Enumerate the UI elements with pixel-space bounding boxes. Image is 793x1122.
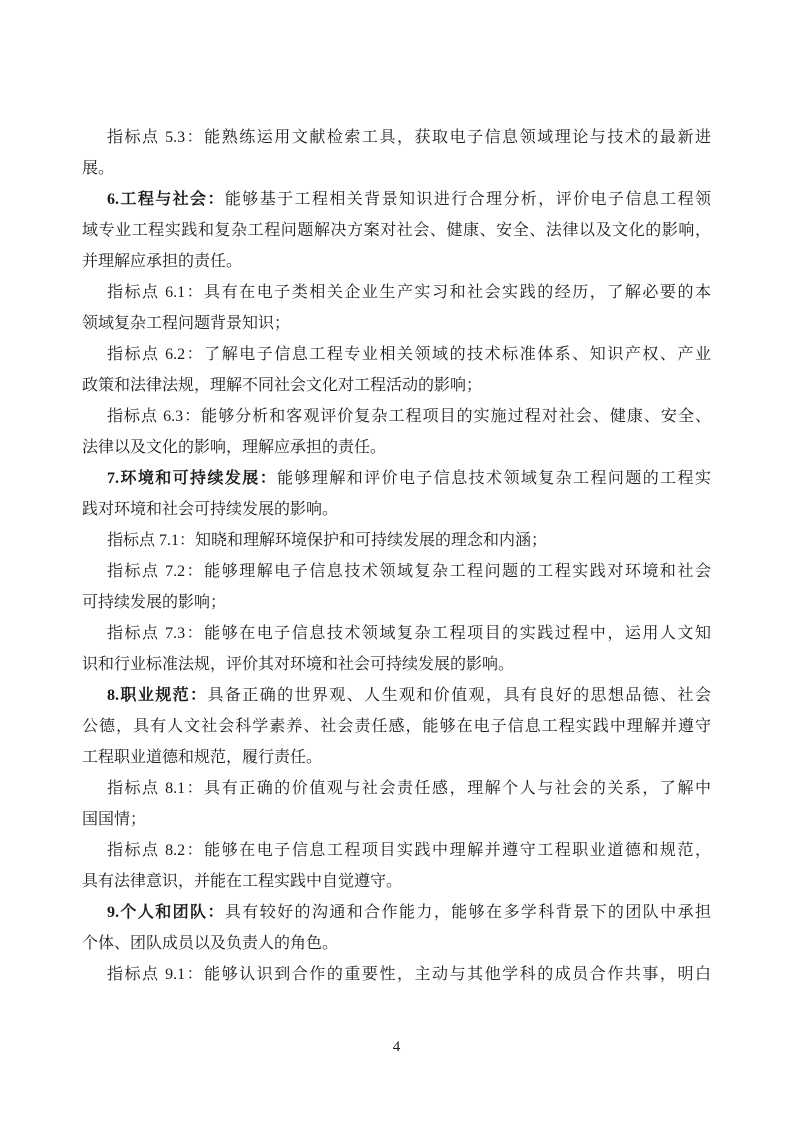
text-line: 政策和法律法规，理解不同社会文化对工程活动的影响； bbox=[82, 370, 711, 401]
text-run: 能够基于工程相关背景知识进行合理分析，评价电子信息工程领 bbox=[225, 191, 711, 208]
text-line: 识和行业标准法规，评价其对环境和社会可持续发展的影响。 bbox=[82, 649, 711, 680]
text-run: 工程职业道德和规范，履行责任。 bbox=[82, 749, 322, 766]
text-run: 指标点 7.2：能够理解电子信息技术领域复杂工程问题的工程实践对环境和社会 bbox=[107, 563, 711, 580]
text-line: 指标点 6.2：了解电子信息工程专业相关领域的技术标准体系、知识产权、产业 bbox=[82, 339, 711, 370]
text-line: 国国情； bbox=[82, 804, 711, 835]
bold-heading-run: 7.环境和可持续发展： bbox=[107, 470, 277, 487]
text-line: 指标点 8.2：能够在电子信息工程项目实践中理解并遵守工程职业道德和规范， bbox=[82, 835, 711, 866]
text-run: 指标点 7.1：知晓和理解环境保护和可持续发展的理念和内涵； bbox=[107, 532, 547, 549]
text-run: 法律以及文化的影响，理解应承担的责任。 bbox=[82, 439, 386, 456]
text-run: 领域复杂工程问题背景知识； bbox=[82, 315, 290, 332]
text-run: 指标点 9.1：能够认识到合作的重要性，主动与其他学科的成员合作共事，明白 bbox=[107, 966, 711, 983]
bold-heading-run: 6.工程与社会： bbox=[107, 191, 225, 208]
text-run: 指标点 8.2：能够在电子信息工程项目实践中理解并遵守工程职业道德和规范， bbox=[107, 842, 711, 859]
text-run: 识和行业标准法规，评价其对环境和社会可持续发展的影响。 bbox=[82, 656, 514, 673]
text-run: 具有法律意识，并能在工程实践中自觉遵守。 bbox=[82, 873, 402, 890]
text-run: 域专业工程实践和复杂工程问题解决方案对社会、健康、安全、法律以及文化的影响， bbox=[82, 222, 711, 239]
text-line: 具有法律意识，并能在工程实践中自觉遵守。 bbox=[82, 866, 711, 897]
text-line: 个体、团队成员以及负责人的角色。 bbox=[82, 928, 711, 959]
document-page: 指标点 5.3：能熟练运用文献检索工具，获取电子信息领域理论与技术的最新进展。6… bbox=[0, 0, 793, 1122]
text-line: 指标点 7.3：能够在电子信息技术领域复杂工程项目的实践过程中，运用人文知 bbox=[82, 618, 711, 649]
text-line: 公德，具有人文社会科学素养、社会责任感，能够在电子信息工程实践中理解并遵守 bbox=[82, 711, 711, 742]
text-run: 指标点 6.2：了解电子信息工程专业相关领域的技术标准体系、知识产权、产业 bbox=[107, 346, 711, 363]
text-run: 具备正确的世界观、人生观和价值观，具有良好的思想品德、社会 bbox=[207, 687, 711, 704]
text-run: 指标点 6.3：能够分析和客观评价复杂工程项目的实施过程对社会、健康、安全、 bbox=[107, 408, 711, 425]
text-block: 指标点 5.3：能熟练运用文献检索工具，获取电子信息领域理论与技术的最新进展。6… bbox=[82, 122, 711, 990]
text-line: 8.职业规范：具备正确的世界观、人生观和价值观，具有良好的思想品德、社会 bbox=[82, 680, 711, 711]
text-line: 域专业工程实践和复杂工程问题解决方案对社会、健康、安全、法律以及文化的影响， bbox=[82, 215, 711, 246]
text-run: 展。 bbox=[82, 160, 114, 177]
text-run: 指标点 6.1：具有在电子类相关企业生产实习和社会实践的经历，了解必要的本 bbox=[107, 284, 711, 301]
text-line: 可持续发展的影响； bbox=[82, 587, 711, 618]
text-run: 个体、团队成员以及负责人的角色。 bbox=[82, 935, 338, 952]
text-run: 国国情； bbox=[82, 811, 146, 828]
text-line: 指标点 7.1：知晓和理解环境保护和可持续发展的理念和内涵； bbox=[82, 525, 711, 556]
text-run: 指标点 7.3：能够在电子信息技术领域复杂工程项目的实践过程中，运用人文知 bbox=[107, 625, 711, 642]
text-line: 6.工程与社会：能够基于工程相关背景知识进行合理分析，评价电子信息工程领 bbox=[82, 184, 711, 215]
text-run: 公德，具有人文社会科学素养、社会责任感，能够在电子信息工程实践中理解并遵守 bbox=[82, 718, 711, 735]
text-line: 领域复杂工程问题背景知识； bbox=[82, 308, 711, 339]
text-line: 并理解应承担的责任。 bbox=[82, 246, 711, 277]
bold-heading-run: 8.职业规范： bbox=[107, 687, 207, 704]
text-line: 指标点 7.2：能够理解电子信息技术领域复杂工程问题的工程实践对环境和社会 bbox=[82, 556, 711, 587]
text-run: 可持续发展的影响； bbox=[82, 594, 226, 611]
text-line: 指标点 6.1：具有在电子类相关企业生产实习和社会实践的经历，了解必要的本 bbox=[82, 277, 711, 308]
text-run: 指标点 5.3：能熟练运用文献检索工具，获取电子信息领域理论与技术的最新进 bbox=[107, 129, 711, 146]
text-run: 具有较好的沟通和合作能力，能够在多学科背景下的团队中承担 bbox=[225, 904, 711, 921]
text-run: 政策和法律法规，理解不同社会文化对工程活动的影响； bbox=[82, 377, 482, 394]
text-line: 指标点 9.1：能够认识到合作的重要性，主动与其他学科的成员合作共事，明白 bbox=[82, 959, 711, 990]
text-line: 指标点 5.3：能熟练运用文献检索工具，获取电子信息领域理论与技术的最新进 bbox=[82, 122, 711, 153]
bold-heading-run: 9.个人和团队： bbox=[107, 904, 225, 921]
text-line: 工程职业道德和规范，履行责任。 bbox=[82, 742, 711, 773]
text-run: 指标点 8.1：具有正确的价值观与社会责任感，理解个人与社会的关系，了解中 bbox=[107, 780, 711, 797]
text-run: 能够理解和评价电子信息技术领域复杂工程问题的工程实 bbox=[277, 470, 711, 487]
text-line: 践对环境和社会可持续发展的影响。 bbox=[82, 494, 711, 525]
page-number: 4 bbox=[0, 1040, 793, 1055]
text-run: 并理解应承担的责任。 bbox=[82, 253, 242, 270]
text-line: 指标点 6.3：能够分析和客观评价复杂工程项目的实施过程对社会、健康、安全、 bbox=[82, 401, 711, 432]
text-line: 法律以及文化的影响，理解应承担的责任。 bbox=[82, 432, 711, 463]
text-line: 指标点 8.1：具有正确的价值观与社会责任感，理解个人与社会的关系，了解中 bbox=[82, 773, 711, 804]
text-line: 展。 bbox=[82, 153, 711, 184]
text-line: 9.个人和团队：具有较好的沟通和合作能力，能够在多学科背景下的团队中承担 bbox=[82, 897, 711, 928]
text-line: 7.环境和可持续发展：能够理解和评价电子信息技术领域复杂工程问题的工程实 bbox=[82, 463, 711, 494]
text-run: 践对环境和社会可持续发展的影响。 bbox=[82, 501, 338, 518]
